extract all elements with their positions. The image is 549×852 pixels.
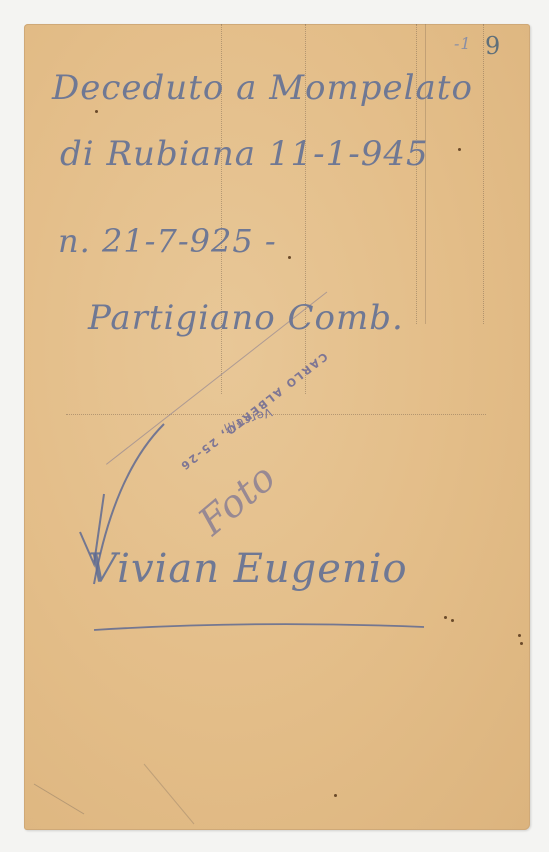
stain-spot	[518, 634, 521, 637]
stain-spot	[95, 110, 98, 113]
postcard-back: -1 9 Deceduto a Mompelato di Rubiana 11-…	[24, 24, 530, 830]
stain-spot	[520, 642, 523, 645]
stain-spot	[288, 256, 291, 259]
pencil-strokes	[24, 24, 530, 830]
stain-spot	[334, 794, 337, 797]
stain-spot	[451, 619, 454, 622]
stain-spot	[458, 148, 461, 151]
stain-spot	[444, 616, 447, 619]
